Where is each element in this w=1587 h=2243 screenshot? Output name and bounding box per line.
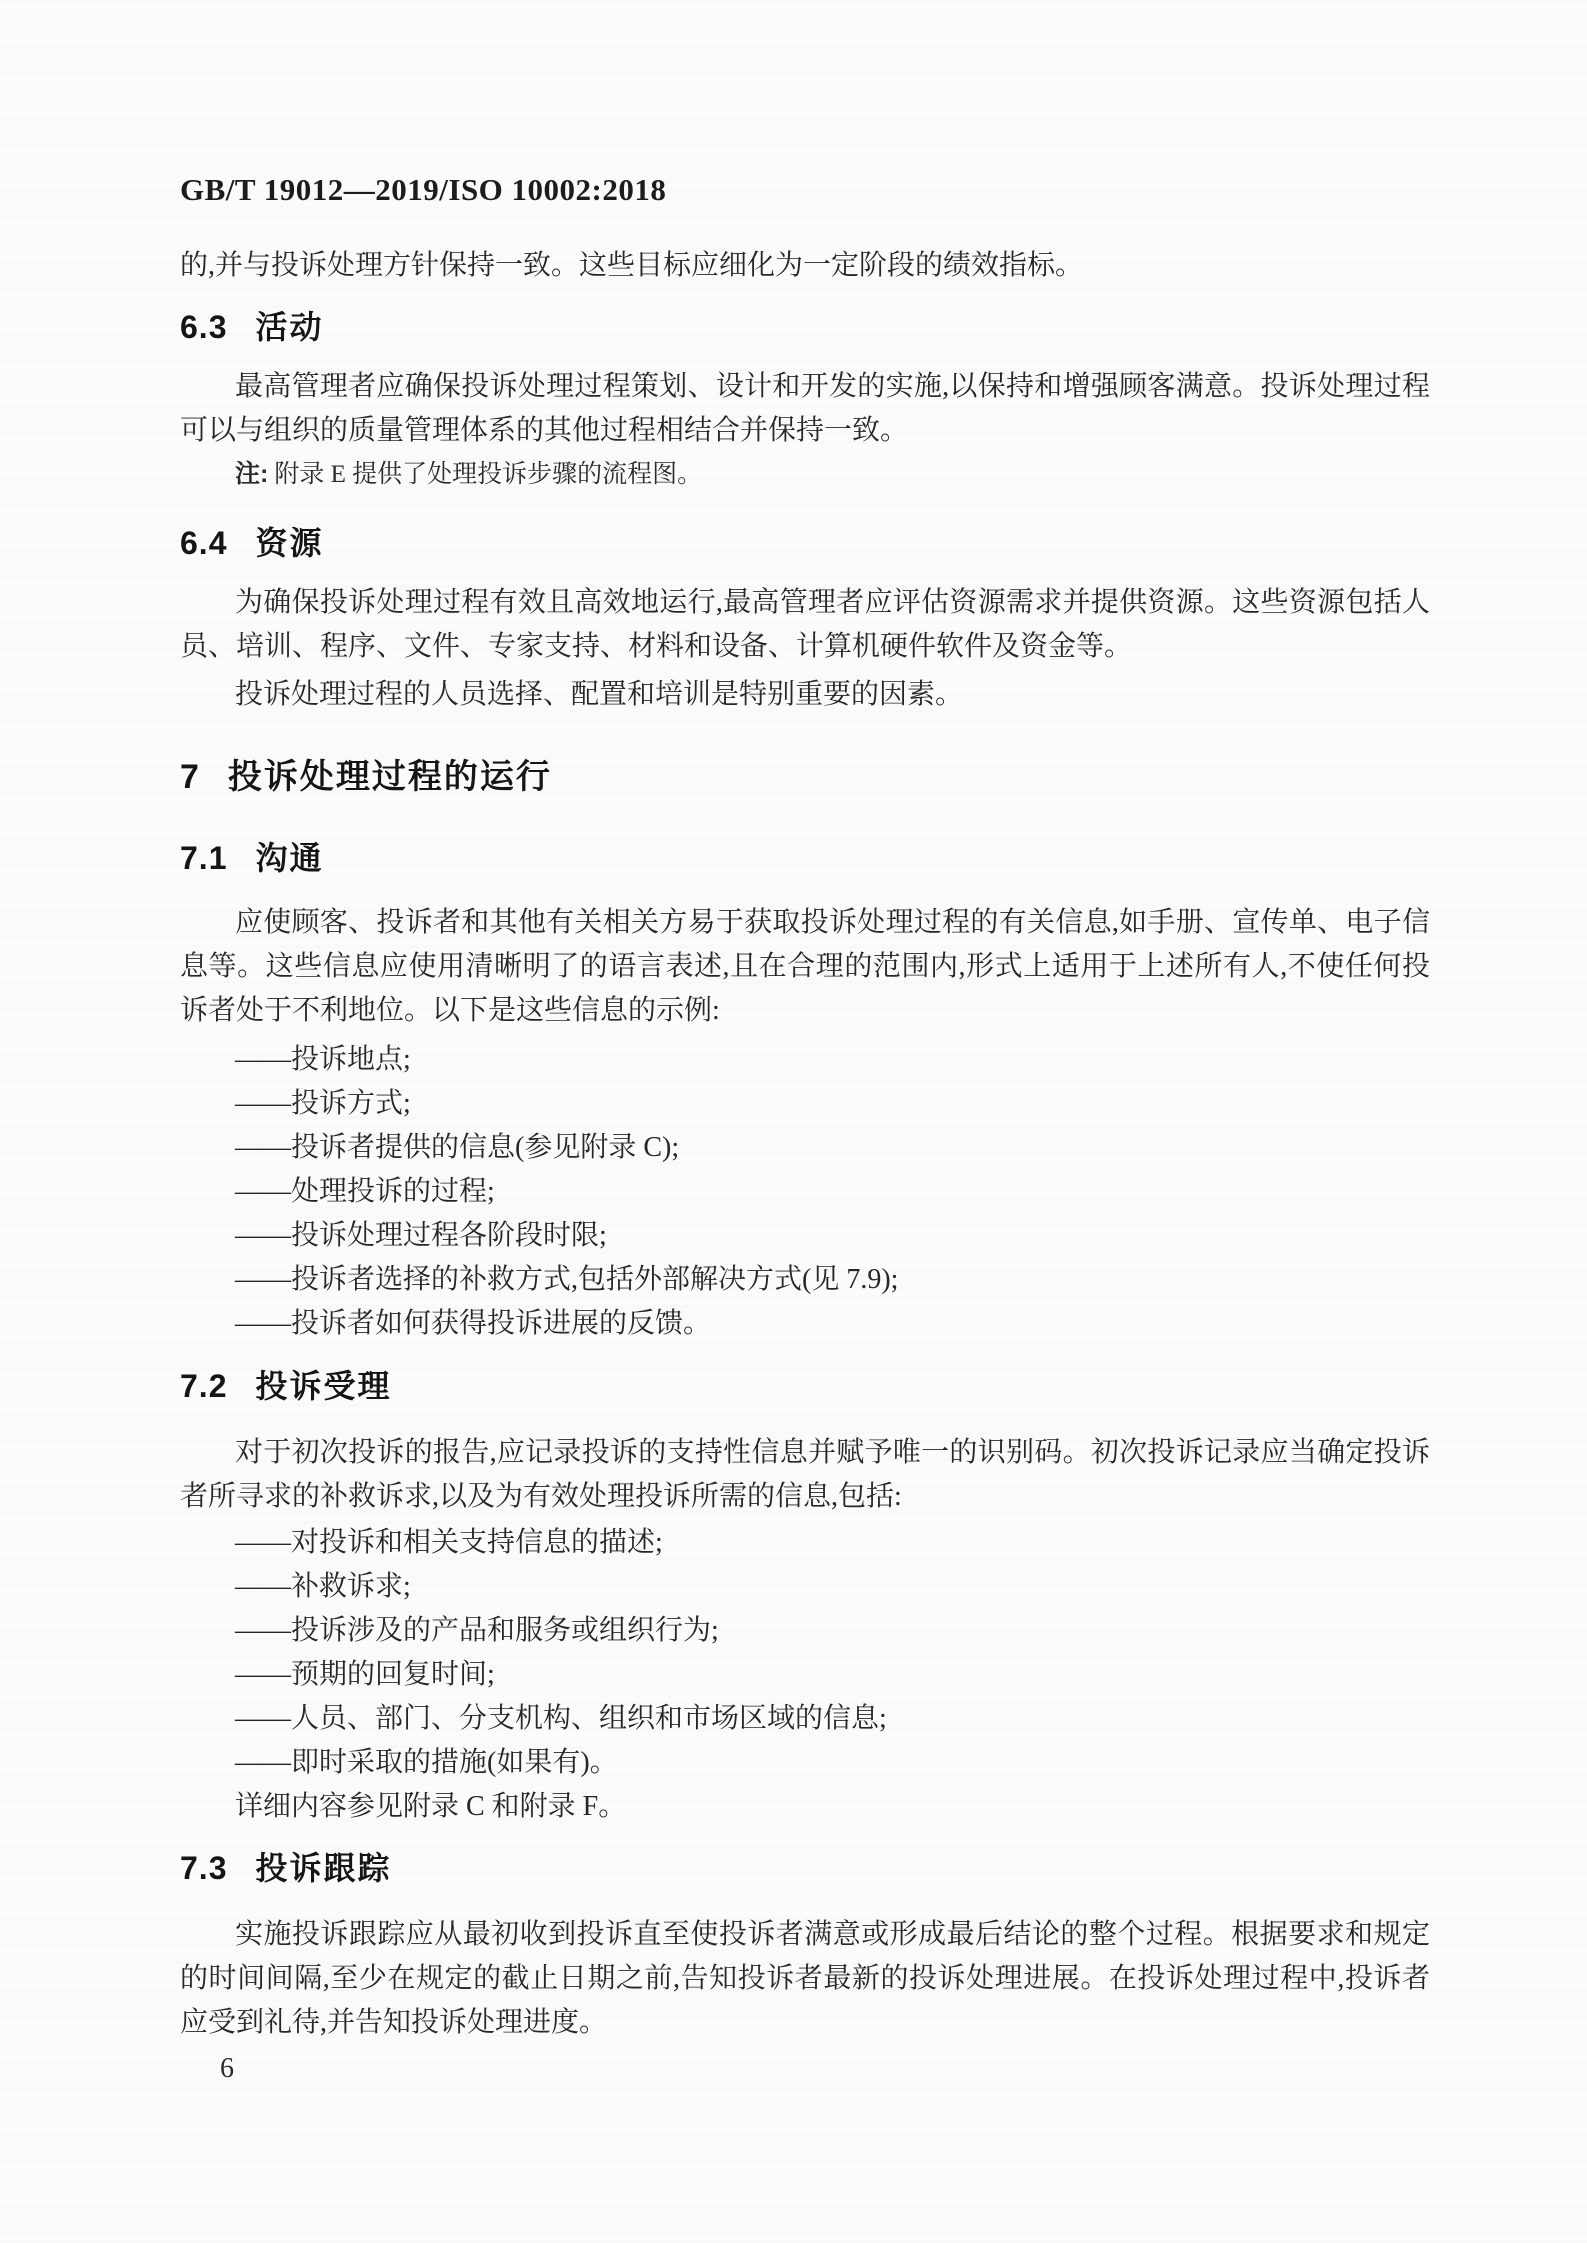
body-paragraph: 对于初次投诉的报告,应记录投诉的支持性信息并赋予唯一的识别码。初次投诉记录应当确… — [180, 1431, 1430, 1519]
heading-title: 投诉跟踪 — [255, 1850, 391, 1886]
body-paragraph: 应使顾客、投诉者和其他有关相关方易于获取投诉处理过程的有关信息,如手册、宣传单、… — [180, 901, 1430, 1033]
body-paragraph: 投诉处理过程的人员选择、配置和培训是特别重要的因素。 — [180, 673, 1430, 717]
heading-number: 7.1 — [180, 840, 227, 876]
list-item: ——处理投诉的过程; — [180, 1170, 1430, 1214]
section-heading-7-2: 7.2投诉受理 — [180, 1366, 1430, 1406]
heading-title: 投诉受理 — [255, 1368, 391, 1404]
list-item: ——补救诉求; — [180, 1565, 1430, 1609]
body-paragraph: 为确保投诉处理过程有效且高效地运行,最高管理者应评估资源需求并提供资源。这些资源… — [180, 581, 1430, 669]
section-heading-7-3: 7.3投诉跟踪 — [180, 1848, 1430, 1888]
list-item: ——投诉处理过程各阶段时限; — [180, 1214, 1430, 1258]
body-paragraph: 实施投诉跟踪应从最初收到投诉直至使投诉者满意或形成最后结论的整个过程。根据要求和… — [180, 1913, 1430, 2045]
heading-number: 6.4 — [180, 525, 227, 561]
dash-list-7-2: ——对投诉和相关支持信息的描述; ——补救诉求; ——投诉涉及的产品和服务或组织… — [180, 1521, 1430, 1785]
list-item: ——投诉者提供的信息(参见附录 C); — [180, 1126, 1430, 1170]
section-heading-7-1: 7.1沟通 — [180, 838, 1430, 878]
heading-title: 资源 — [255, 525, 323, 561]
list-item: ——即时采取的措施(如果有)。 — [180, 1741, 1430, 1785]
list-item: ——预期的回复时间; — [180, 1653, 1430, 1697]
heading-number: 7 — [180, 758, 200, 796]
list-item: ——投诉者如何获得投诉进展的反馈。 — [180, 1302, 1430, 1346]
continuation-paragraph: 的,并与投诉处理方针保持一致。这些目标应细化为一定阶段的绩效指标。 — [180, 244, 1430, 288]
list-item: ——人员、部门、分支机构、组织和市场区域的信息; — [180, 1697, 1430, 1741]
document-page: GB/T 19012—2019/ISO 10002:2018 的,并与投诉处理方… — [0, 0, 1587, 2243]
dash-list-7-1: ——投诉地点; ——投诉方式; ——投诉者提供的信息(参见附录 C); ——处理… — [180, 1038, 1430, 1346]
list-item: ——对投诉和相关支持信息的描述; — [180, 1521, 1430, 1565]
list-item: ——投诉方式; — [180, 1082, 1430, 1126]
list-item: ——投诉涉及的产品和服务或组织行为; — [180, 1609, 1430, 1653]
list-item: ——投诉地点; — [180, 1038, 1430, 1082]
running-header: GB/T 19012—2019/ISO 10002:2018 — [180, 173, 1430, 207]
note-text: 附录 E 提供了处理投诉步骤的流程图。 — [274, 461, 702, 488]
heading-number: 7.3 — [180, 1850, 227, 1886]
heading-number: 6.3 — [180, 309, 227, 345]
list-item: ——投诉者选择的补救方式,包括外部解决方式(见 7.9); — [180, 1258, 1430, 1302]
page-number: 6 — [220, 2047, 1430, 2091]
section-heading-7: 7投诉处理过程的运行 — [180, 756, 1430, 798]
heading-title: 投诉处理过程的运行 — [228, 758, 552, 796]
closing-line: 详细内容参见附录 C 和附录 F。 — [180, 1785, 1430, 1829]
body-paragraph: 最高管理者应确保投诉处理过程策划、设计和开发的实施,以保持和增强顾客满意。投诉处… — [180, 365, 1430, 453]
heading-title: 沟通 — [255, 840, 323, 876]
section-heading-6-4: 6.4资源 — [180, 523, 1430, 563]
note-label: 注: — [235, 460, 268, 488]
note-line: 注:附录 E 提供了处理投诉步骤的流程图。 — [180, 454, 1430, 495]
heading-title: 活动 — [255, 309, 323, 345]
section-heading-6-3: 6.3活动 — [180, 307, 1430, 347]
heading-number: 7.2 — [180, 1368, 227, 1404]
